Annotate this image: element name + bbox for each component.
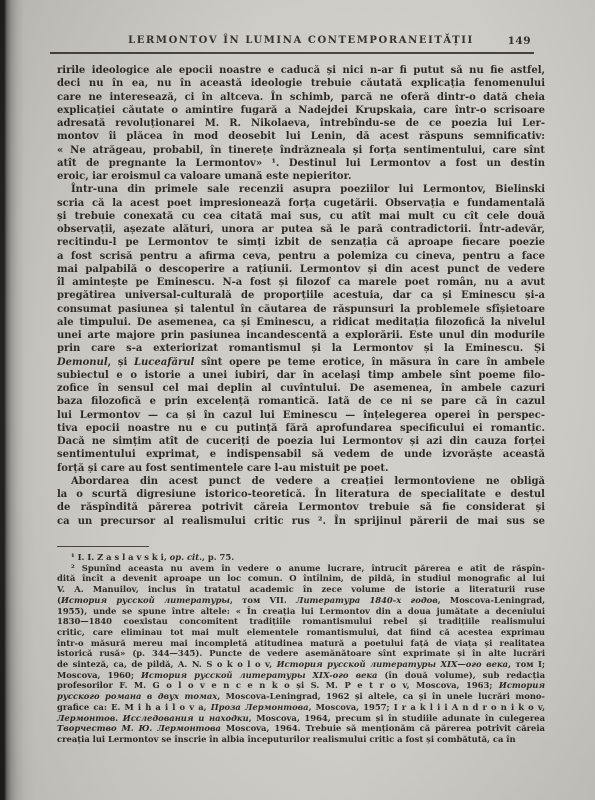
page-number: 149 bbox=[508, 35, 531, 47]
text-line: scria că la acest poet impresionează for… bbox=[57, 197, 545, 210]
text-line: forță și care au fost sentimentele care … bbox=[57, 462, 545, 475]
text-line: critic, care eliminau tot mai mult eleme… bbox=[57, 627, 545, 638]
text-line: unei arte majore prin pasiunea incandesc… bbox=[57, 329, 545, 342]
text-line: a fost scrisă pentru a afirma ceva, pent… bbox=[57, 250, 545, 263]
text-line: 1830—1840 coexistau concomitent tradiții… bbox=[57, 616, 545, 627]
text-line: istorică rusă» (p. 344—345). Puncte de v… bbox=[57, 648, 545, 659]
body-text: ririle ideologice ale epocii noastre e c… bbox=[57, 64, 545, 528]
text-line: recitindu-l pe Lermontov te simți izbit … bbox=[57, 236, 545, 249]
text-line: tiva epocii noastre nu e cu putință fără… bbox=[57, 422, 545, 435]
text-line: de răspîndită părerea potrivit căreia Le… bbox=[57, 501, 545, 514]
paragraph: Într-una din primele sale recenzii asupr… bbox=[57, 183, 545, 475]
paragraph: Abordarea din acest punct de vedere a cr… bbox=[57, 475, 545, 528]
text-line: la o scurtă digresiune istorico-teoretic… bbox=[57, 488, 545, 501]
paragraph: ririle ideologice ale epocii noastre e c… bbox=[57, 64, 545, 183]
text-line: Moscova, 1960; История русской литератур… bbox=[57, 670, 545, 681]
header-rule bbox=[50, 52, 534, 54]
text-line: și trebuie conexată cu cea citată mai su… bbox=[57, 210, 545, 223]
text-line: deci nu în ea, nu în această ideologie t… bbox=[57, 77, 545, 90]
text-line: care ne interesează, ci în altceva. În s… bbox=[57, 91, 545, 104]
text-line: grafice ca: E. M i h a i l o v a, Проза … bbox=[57, 702, 545, 713]
text-line: V. A. Manuilov, inclus în tratatul acade… bbox=[57, 584, 545, 595]
text-line: explicației căutate o amintire fugară a … bbox=[57, 104, 545, 117]
page-gutter-shadow bbox=[0, 0, 34, 800]
footnote: ¹ I. I. Z a s l a v s k i, op. cit., p. … bbox=[57, 552, 545, 563]
text-line: « Ne atrăgeau, probabil, în tinerețe înd… bbox=[57, 144, 545, 157]
text-line: ale timpului. De asemenea, ca și Eminesc… bbox=[57, 316, 545, 329]
text-line: sentimentului exprimat, e indispensabil … bbox=[57, 448, 545, 461]
text-line: baza filozofică e prin excelență romanti… bbox=[57, 395, 545, 408]
text-line: Лермонтов. Исследования и находки, Mosco… bbox=[57, 713, 545, 724]
book-page: LERMONTOV ÎN LUMINA CONTEMPORANEITĂȚII 1… bbox=[0, 0, 595, 800]
text-line: profesorilor F. M. G o l o v e n c e n k… bbox=[57, 680, 545, 691]
footnote: ² Spunînd aceasta nu avem în vedere o an… bbox=[57, 563, 545, 745]
text-line: ¹ I. I. Z a s l a v s k i, op. cit., p. … bbox=[57, 552, 545, 563]
text-line: ca un precursor al realismului critic ru… bbox=[57, 515, 545, 528]
text-line: atît de pregnante la Lermontov» ¹. Desti… bbox=[57, 157, 545, 170]
text-line: ririle ideologice ale epocii noastre e c… bbox=[57, 64, 545, 77]
text-line: îl amintește pe Eminescu. N-a fost și fi… bbox=[57, 276, 545, 289]
text-line: 1955), unde se spune între altele: « În … bbox=[57, 606, 545, 617]
text-line: prin care s-a exteriorizat romantismul ș… bbox=[57, 342, 545, 355]
text-line: ² Spunînd aceasta nu avem în vedere o an… bbox=[57, 563, 545, 574]
text-line: Demonul, și Luceafărul sînt opere pe tem… bbox=[57, 356, 545, 369]
text-line: adresată revoluționarei M. R. Nikolaeva,… bbox=[57, 117, 545, 130]
text-line: eroic, iar eroismul ca valoare umană est… bbox=[57, 170, 545, 183]
text-line: subiectul e o istorie a unei iubiri, dar… bbox=[57, 369, 545, 382]
text-line: consumat pasiunea și talentul în căutare… bbox=[57, 303, 545, 316]
text-line: pregătirea universal-culturală de propor… bbox=[57, 289, 545, 302]
footnotes: ¹ I. I. Z a s l a v s k i, op. cit., p. … bbox=[57, 552, 545, 745]
running-header: LERMONTOV ÎN LUMINA CONTEMPORANEITĂȚII 1… bbox=[57, 35, 545, 51]
text-line: русского романа в двух томах, Moscova-Le… bbox=[57, 691, 545, 702]
text-line: Творчество М. Ю. Лермонтова Moscova, 196… bbox=[57, 723, 545, 734]
text-line: într-o măsură mereu mai incompletă atitu… bbox=[57, 638, 545, 649]
text-line: dită încît a devenit aproape un loc comu… bbox=[57, 573, 545, 584]
text-line: lui Lermontov — ca și în cazul lui Emine… bbox=[57, 409, 545, 422]
text-line: observații, așezate alături, unora ar pu… bbox=[57, 223, 545, 236]
text-line: Într-una din primele sale recenzii asupr… bbox=[57, 183, 545, 196]
footnote-separator bbox=[57, 546, 149, 547]
text-line: creația lui Lermontov se înscrie în albi… bbox=[57, 734, 545, 745]
text-line: de sinteză, ca, de pildă, A. N. S o k o … bbox=[57, 659, 545, 670]
text-line: montov îi plăcea în mod deosebit lui Len… bbox=[57, 130, 545, 143]
text-line: Dacă ne simțim atît de cuceriți de poezi… bbox=[57, 435, 545, 448]
running-header-title: LERMONTOV ÎN LUMINA CONTEMPORANEITĂȚII bbox=[57, 35, 545, 46]
text-line: (История русской литературы, том VII. Ли… bbox=[57, 595, 545, 606]
text-line: mai palpabilă o descoperire a rațiunii. … bbox=[57, 263, 545, 276]
text-line: zofice în sensul cel mai deplin al cuvîn… bbox=[57, 382, 545, 395]
text-line: Abordarea din acest punct de vedere a cr… bbox=[57, 475, 545, 488]
